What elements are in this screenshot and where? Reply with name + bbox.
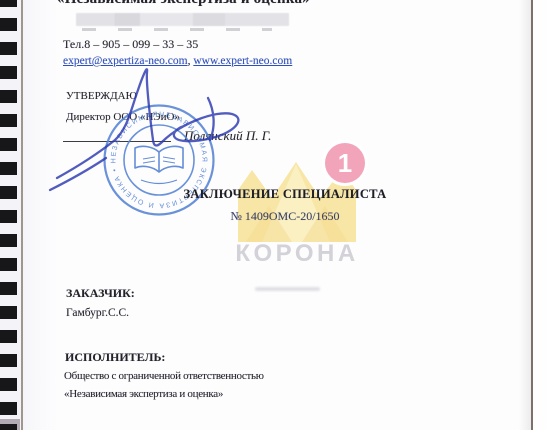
- page-left-edge: [21, 0, 23, 430]
- redacted-address-bar: [76, 13, 289, 26]
- redacted-remnants: [82, 28, 272, 31]
- contractor-label: ИСПОЛНИТЕЛЬ:: [65, 350, 165, 365]
- phone-line: Тел.8 – 905 – 099 – 33 – 35: [63, 37, 198, 52]
- report-number: № 1409ОМС-20/1650: [150, 209, 420, 224]
- contractor-line1: Общество с ограниченной ответственностью: [64, 370, 264, 382]
- customer-label: ЗАКАЗЧИК:: [66, 286, 135, 301]
- org-header-clipped: «Независимая экспертиза и оценка»: [57, 0, 310, 8]
- report-title: ЗАКЛЮЧЕНИЕ СПЕЦИАЛИСТА: [150, 187, 420, 202]
- contractor-line2: «Независимая экспертиза и оценка»: [64, 388, 223, 400]
- annotation-badge-1[interactable]: 1: [325, 143, 365, 183]
- scanned-document-page: «Независимая экспертиза и оценка» Тел.8 …: [0, 0, 547, 430]
- page-right-edge-shade: [519, 0, 531, 430]
- scan-smudge: [255, 287, 320, 291]
- comb-binding: [0, 0, 17, 430]
- korona-watermark-text: КОРОНА: [234, 240, 360, 268]
- scan-background: [533, 0, 547, 430]
- signature-stroke: [40, 58, 270, 208]
- customer-value: Гамбург.С.С.: [66, 307, 129, 319]
